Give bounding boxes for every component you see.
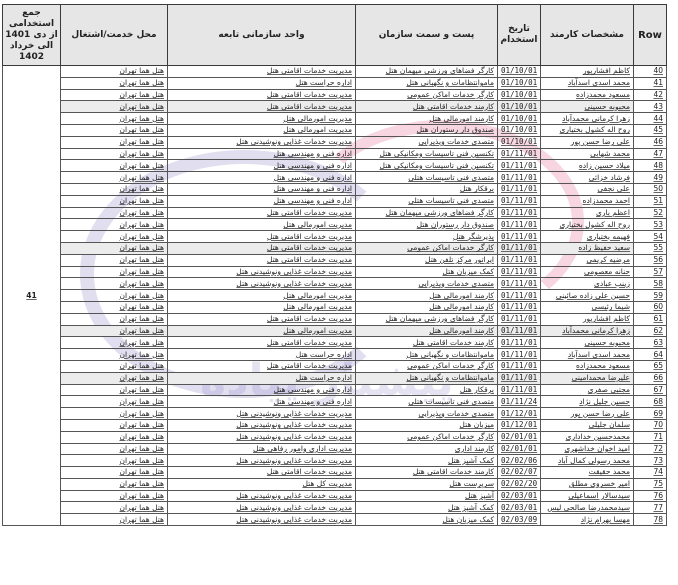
- header-row-number: Row: [634, 5, 667, 66]
- cell-row-number: 42: [634, 89, 667, 101]
- cell-position: ماموانتظامات و نگهبانی هتل: [356, 77, 498, 89]
- cell-position: متصدی خدمات وپذیرایی: [356, 278, 498, 290]
- cell-position: ماموانتظامات و نگهبانی هتل: [356, 372, 498, 384]
- cell-location: هتل هما تهران: [61, 172, 168, 184]
- cell-employee-name: مسعود محمدزاده: [541, 360, 634, 372]
- table-body: 41هتل هما تهرانمدیریت خدمات اقامتی هتلکا…: [3, 66, 667, 526]
- table-row: هتل هما تهرانمدیریت خدمات اقامتی هتلکارگ…: [3, 89, 667, 101]
- cell-position: متصدی فنی تاسیسات هتلی: [356, 396, 498, 408]
- cell-employee-name: محمد اسدی اسدآباد: [541, 349, 634, 361]
- cell-location: هتل هما تهران: [61, 77, 168, 89]
- cell-location: هتل هما تهران: [61, 231, 168, 243]
- table-row: هتل هما تهراناداره حراست هتلماموانتظامات…: [3, 77, 667, 89]
- cell-org-unit: مدیریت امورمالی هتل: [168, 301, 356, 313]
- table-row: هتل هما تهرانمدیریت امورمالی هتلکارمند ا…: [3, 301, 667, 313]
- cell-row-number: 58: [634, 278, 667, 290]
- cell-hire-date: 01/11/01: [498, 183, 541, 195]
- cell-position: تکنسین فنی تاسیسات ومکانیکی هتل: [356, 148, 498, 160]
- cell-hire-date: 01/11/01: [498, 301, 541, 313]
- cell-hire-date: 01/11/01: [498, 207, 541, 219]
- cell-row-number: 49: [634, 172, 667, 184]
- cell-org-unit: مدیریت امورمالی هتل: [168, 325, 356, 337]
- cell-hire-date: 01/10/01: [498, 89, 541, 101]
- cell-org-unit: مدیریت خدمات غذایی ونوشیدنی هتل: [168, 514, 356, 526]
- cell-employee-name: سیدسالار اسماعیلی: [541, 490, 634, 502]
- table-row: هتل هما تهرانمدیریت خدمات اقامتی هتلکارگ…: [3, 242, 667, 254]
- table-row: هتل هما تهرانمدیریت خدمات غذایی ونوشیدنی…: [3, 514, 667, 526]
- cell-location: هتل هما تهران: [61, 514, 168, 526]
- table-row: هتل هما تهرانمدیریت خدمات غذایی ونوشیدنی…: [3, 136, 667, 148]
- cell-position: کارمند خدمات اقامتی هتل: [356, 467, 498, 479]
- cell-hire-date: 01/11/01: [498, 254, 541, 266]
- table-row: هتل هما تهرانمدیریت خدمات غذایی ونوشیدنی…: [3, 278, 667, 290]
- table-row: هتل هما تهرانمدیریت خدمات اقامتی هتلاپرا…: [3, 254, 667, 266]
- cell-position: کارگر خدمات اماکن عمومی: [356, 89, 498, 101]
- cell-row-number: 45: [634, 124, 667, 136]
- cell-hire-date: 01/12/01: [498, 408, 541, 420]
- cell-employee-name: کاظم افشارپور: [541, 313, 634, 325]
- cell-position: کارمند خدمات اقامتی هتل: [356, 101, 498, 113]
- table-row: هتل هما تهراناداره فنی و مهندسی هتلمتصدی…: [3, 396, 667, 408]
- cell-org-unit: اداره فنی و مهندسی هتل: [168, 384, 356, 396]
- table-row: هتل هما تهرانمدیریت خدمات غذایی ونوشیدنی…: [3, 431, 667, 443]
- cell-employee-name: علیرضا محمدامینی: [541, 372, 634, 384]
- table-row: هتل هما تهرانمدیریت خدمات اقامتی هتلکارگ…: [3, 360, 667, 372]
- cell-org-unit: مدیریت خدمات غذایی ونوشیدنی هتل: [168, 278, 356, 290]
- cell-location: هتل هما تهران: [61, 207, 168, 219]
- cell-position: کمک آشپز هتل: [356, 502, 498, 514]
- cell-org-unit: مدیریت خدمات غذایی ونوشیدنی هتل: [168, 455, 356, 467]
- cell-org-unit: اداره فنی و مهندسی هتل: [168, 195, 356, 207]
- cell-row-number: 71: [634, 431, 667, 443]
- table-row: هتل هما تهرانمدیریت خدمات اقامتی هتلکارگ…: [3, 313, 667, 325]
- cell-hire-date: 02/01/01: [498, 431, 541, 443]
- cell-hire-date: 02/03/01: [498, 490, 541, 502]
- cell-row-number: 70: [634, 419, 667, 431]
- cell-hire-date: 01/10/01: [498, 101, 541, 113]
- header-employee: مشخصات کارمند: [541, 5, 634, 66]
- cell-hire-date: 01/10/01: [498, 136, 541, 148]
- cell-employee-name: حسین جلیل نژاد: [541, 396, 634, 408]
- cell-employee-name: فرشاد خزائی: [541, 172, 634, 184]
- cell-position: کارمند اداری: [356, 443, 498, 455]
- cell-position: صندوق دار رستوران هتل: [356, 124, 498, 136]
- cell-location: هتل هما تهران: [61, 160, 168, 172]
- cell-location: هتل هما تهران: [61, 278, 168, 290]
- cell-hire-date: 01/11/01: [498, 290, 541, 302]
- cell-org-unit: مدیریت کل هتل: [168, 478, 356, 490]
- table-row: هتل هما تهرانمدیریت اداری وامور رفاهی هت…: [3, 443, 667, 455]
- table-row: هتل هما تهرانمدیریت امورمالی هتلکارمند ا…: [3, 290, 667, 302]
- cell-position: برقکار هتل: [356, 183, 498, 195]
- cell-position: اپراتور مرکز تلفن هتل: [356, 254, 498, 266]
- cell-position: تکنسین فنی تاسیسات ومکانیکی هتل: [356, 160, 498, 172]
- cell-org-unit: مدیریت خدمات اقامتی هتل: [168, 313, 356, 325]
- table-row: هتل هما تهرانمدیریت خدمات اقامتی هتلکارم…: [3, 337, 667, 349]
- table-row: هتل هما تهرانمدیریت خدمات اقامتی هتلکارم…: [3, 101, 667, 113]
- table-row: هتل هما تهرانمدیریت خدمات اقامتی هتلکارگ…: [3, 207, 667, 219]
- cell-position: کارگر فضاهای ورزشی میهمان هتل: [356, 207, 498, 219]
- cell-row-number: 75: [634, 478, 667, 490]
- cell-org-unit: اداره فنی و مهندسی هتل: [168, 183, 356, 195]
- cell-location: هتل هما تهران: [61, 219, 168, 231]
- cell-org-unit: مدیریت خدمات اقامتی هتل: [168, 337, 356, 349]
- cell-employee-name: زهرا کرمانی محمدآباد: [541, 113, 634, 125]
- cell-hire-date: 01/11/01: [498, 278, 541, 290]
- cell-row-number: 50: [634, 183, 667, 195]
- cell-org-unit: مدیریت خدمات اقامتی هتل: [168, 66, 356, 78]
- cell-position: متصدی خدمات وپذیرایی: [356, 136, 498, 148]
- cell-position: صندوق دار رستوران هتل: [356, 219, 498, 231]
- cell-location: هتل هما تهران: [61, 266, 168, 278]
- cell-row-number: 66: [634, 372, 667, 384]
- cell-location: هتل هما تهران: [61, 242, 168, 254]
- cell-location: هتل هما تهران: [61, 372, 168, 384]
- cell-position: کارمند امورمالی هتل: [356, 325, 498, 337]
- cell-org-unit: مدیریت خدمات غذایی ونوشیدنی هتل: [168, 266, 356, 278]
- header-total: جمع استخدامی از دی 1401 الی خرداد 1402: [3, 5, 61, 66]
- cell-location: هتل هما تهران: [61, 195, 168, 207]
- table-row: هتل هما تهرانمدیریت امورمالی هتلکارمند ا…: [3, 325, 667, 337]
- table-row: هتل هما تهرانمدیریت خدمات غذایی ونوشیدنی…: [3, 408, 667, 420]
- cell-row-number: 60: [634, 301, 667, 313]
- cell-employee-name: مسعود محمدزاده: [541, 89, 634, 101]
- cell-employee-name: محمد اسدی اسدآباد: [541, 77, 634, 89]
- cell-location: هتل هما تهران: [61, 443, 168, 455]
- cell-position: ماموانتظامات و نگهبانی هتل: [356, 349, 498, 361]
- cell-employee-name: محبوبه حسینی: [541, 337, 634, 349]
- cell-hire-date: 02/03/01: [498, 502, 541, 514]
- cell-org-unit: مدیریت خدمات اقامتی هتل: [168, 89, 356, 101]
- cell-employee-name: زینب عبادی: [541, 278, 634, 290]
- cell-org-unit: مدیریت خدمات غذایی ونوشیدنی هتل: [168, 490, 356, 502]
- cell-position: آشپز هتل: [356, 490, 498, 502]
- table-row: هتل هما تهراناداره فنی و مهندسی هتلمتصدی…: [3, 195, 667, 207]
- cell-position: کارمند امورمالی هتل: [356, 113, 498, 125]
- table-row: 41هتل هما تهرانمدیریت خدمات اقامتی هتلکا…: [3, 66, 667, 78]
- cell-employee-name: محمدحسین خداداری: [541, 431, 634, 443]
- cell-position: کمک میزبان هتل: [356, 514, 498, 526]
- cell-org-unit: مدیریت خدمات غذایی ونوشیدنی هتل: [168, 419, 356, 431]
- cell-location: هتل هما تهران: [61, 396, 168, 408]
- header-row: جمع استخدامی از دی 1401 الی خرداد 1402 م…: [3, 5, 667, 66]
- cell-location: هتل هما تهران: [61, 136, 168, 148]
- table-row: هتل هما تهرانمدیریت خدمات غذایی ونوشیدنی…: [3, 455, 667, 467]
- cell-hire-date: 01/11/01: [498, 360, 541, 372]
- cell-row-number: 55: [634, 242, 667, 254]
- cell-employee-name: اعظم باری: [541, 207, 634, 219]
- cell-row-number: 41: [634, 77, 667, 89]
- cell-position: متصدی فنی تاسیسات هتلی: [356, 195, 498, 207]
- cell-hire-date: 01/11/01: [498, 160, 541, 172]
- cell-location: هتل هما تهران: [61, 360, 168, 372]
- cell-position: کارگر فضاهای ورزشی میهمان هتل: [356, 313, 498, 325]
- table-row: هتل هما تهرانمدیریت کل هتلسرپرست هتل02/0…: [3, 478, 667, 490]
- cell-employee-name: محمد شهابی: [541, 148, 634, 160]
- cell-employee-name: علی رضا حسن پور: [541, 408, 634, 420]
- cell-location: هتل هما تهران: [61, 408, 168, 420]
- cell-location: هتل هما تهران: [61, 455, 168, 467]
- cell-location: هتل هما تهران: [61, 478, 168, 490]
- cell-employee-name: روح اله کشول بختیاری: [541, 219, 634, 231]
- cell-row-number: 43: [634, 101, 667, 113]
- table-row: هتل هما تهراناداره فنی و مهندسی هتلتکنسی…: [3, 160, 667, 172]
- table-row: هتل هما تهراناداره فنی و مهندسی هتلبرقکا…: [3, 183, 667, 195]
- cell-location: هتل هما تهران: [61, 419, 168, 431]
- cell-location: هتل هما تهران: [61, 313, 168, 325]
- cell-row-number: 52: [634, 207, 667, 219]
- cell-employee-name: فهیمه بختیاری: [541, 231, 634, 243]
- cell-location: هتل هما تهران: [61, 325, 168, 337]
- cell-org-unit: مدیریت امورمالی هتل: [168, 113, 356, 125]
- cell-org-unit: اداره حراست هتل: [168, 372, 356, 384]
- cell-row-number: 57: [634, 266, 667, 278]
- cell-employee-name: سیدمحمدرضا صالحی لیس: [541, 502, 634, 514]
- cell-employee-name: میلاد حسین زاده: [541, 160, 634, 172]
- cell-position: سرپرست هتل: [356, 478, 498, 490]
- cell-row-number: 76: [634, 490, 667, 502]
- cell-org-unit: مدیریت خدمات اقامتی هتل: [168, 467, 356, 479]
- cell-hire-date: 01/11/01: [498, 384, 541, 396]
- table-row: هتل هما تهرانمدیریت خدمات غذایی ونوشیدنی…: [3, 419, 667, 431]
- cell-row-number: 69: [634, 408, 667, 420]
- cell-row-number: 59: [634, 290, 667, 302]
- cell-org-unit: مدیریت خدمات اقامتی هتل: [168, 254, 356, 266]
- cell-row-number: 48: [634, 160, 667, 172]
- cell-row-number: 67: [634, 384, 667, 396]
- cell-position: میزبان هتل: [356, 419, 498, 431]
- cell-org-unit: مدیریت خدمات غذایی ونوشیدنی هتل: [168, 502, 356, 514]
- cell-position: کمک میزبان هتل: [356, 266, 498, 278]
- cell-row-number: 65: [634, 360, 667, 372]
- cell-org-unit: مدیریت خدمات اقامتی هتل: [168, 101, 356, 113]
- cell-location: هتل هما تهران: [61, 183, 168, 195]
- hiring-table: جمع استخدامی از دی 1401 الی خرداد 1402 م…: [2, 4, 667, 526]
- cell-row-number: 47: [634, 148, 667, 160]
- cell-hire-date: 02/03/09: [498, 514, 541, 526]
- cell-position: کارگر فضاهای ورزشی میهمان هتل: [356, 66, 498, 78]
- cell-hire-date: 01/10/01: [498, 77, 541, 89]
- cell-org-unit: مدیریت امورمالی هتل: [168, 124, 356, 136]
- cell-hire-date: 01/10/01: [498, 124, 541, 136]
- table-row: هتل هما تهرانمدیریت امورمالی هتلصندوق دا…: [3, 124, 667, 136]
- table-row: هتل هما تهرانمدیریت خدمات اقامتی هتلکارم…: [3, 467, 667, 479]
- cell-org-unit: مدیریت خدمات اقامتی هتل: [168, 360, 356, 372]
- cell-row-number: 77: [634, 502, 667, 514]
- cell-hire-date: 01/12/01: [498, 419, 541, 431]
- cell-location: هتل هما تهران: [61, 490, 168, 502]
- header-location: محل خدمت/اشتغال: [61, 5, 168, 66]
- cell-row-number: 53: [634, 219, 667, 231]
- cell-location: هتل هما تهران: [61, 66, 168, 78]
- table-row: هتل هما تهراناداره فنی و مهندسی هتلتکنسی…: [3, 148, 667, 160]
- cell-org-unit: اداره حراست هتل: [168, 77, 356, 89]
- cell-hire-date: 02/02/20: [498, 478, 541, 490]
- cell-org-unit: مدیریت خدمات غذایی ونوشیدنی هتل: [168, 136, 356, 148]
- cell-hire-date: 01/11/24: [498, 396, 541, 408]
- cell-location: هتل هما تهران: [61, 290, 168, 302]
- cell-employee-name: محمد رسولی کمال آباد: [541, 455, 634, 467]
- cell-org-unit: مدیریت خدمات اقامتی هتل: [168, 231, 356, 243]
- cell-hire-date: 01/11/01: [498, 337, 541, 349]
- cell-employee-name: احمد محمدزاده: [541, 195, 634, 207]
- cell-row-number: 72: [634, 443, 667, 455]
- cell-position: کارگر خدمات اماکن عمومی: [356, 242, 498, 254]
- cell-hire-date: 01/11/01: [498, 349, 541, 361]
- cell-position: کمک آشپز هتل: [356, 455, 498, 467]
- cell-employee-name: حنانه معصومی: [541, 266, 634, 278]
- cell-location: هتل هما تهران: [61, 384, 168, 396]
- cell-employee-name: مجتبی صفری: [541, 384, 634, 396]
- cell-employee-name: امید اخوان خداشهری: [541, 443, 634, 455]
- cell-hire-date: 01/10/01: [498, 113, 541, 125]
- cell-row-number: 54: [634, 231, 667, 243]
- cell-hire-date: 01/11/01: [498, 219, 541, 231]
- cell-location: هتل هما تهران: [61, 502, 168, 514]
- header-hire-date: تاریخ استخدام: [498, 5, 541, 66]
- cell-employee-name: مهسا بهرام نژاد: [541, 514, 634, 526]
- cell-row-number: 63: [634, 337, 667, 349]
- cell-hire-date: 01/11/01: [498, 148, 541, 160]
- cell-employee-name: روح اله کشول بختیاری: [541, 124, 634, 136]
- table-row: هتل هما تهرانمدیریت امورمالی هتلکارمند ا…: [3, 113, 667, 125]
- cell-hire-date: 02/01/01: [498, 443, 541, 455]
- cell-hire-date: 01/11/01: [498, 266, 541, 278]
- cell-row-number: 44: [634, 113, 667, 125]
- cell-location: هتل هما تهران: [61, 431, 168, 443]
- table-row: هتل هما تهراناداره حراست هتلماموانتظامات…: [3, 372, 667, 384]
- cell-employee-name: سلمان جلیلی: [541, 419, 634, 431]
- cell-row-number: 73: [634, 455, 667, 467]
- cell-hire-date: 01/11/01: [498, 231, 541, 243]
- cell-employee-name: محمد حقیقت: [541, 467, 634, 479]
- cell-employee-name: علی رضا حسن پور: [541, 136, 634, 148]
- cell-location: هتل هما تهران: [61, 349, 168, 361]
- cell-hire-date: 01/11/01: [498, 325, 541, 337]
- header-position: پست و سمت سازمان: [356, 5, 498, 66]
- table-row: هتل هما تهرانمدیریت خدمات غذایی ونوشیدنی…: [3, 266, 667, 278]
- cell-position: متصدی فنی تاسیسات هتلی: [356, 172, 498, 184]
- cell-row-number: 64: [634, 349, 667, 361]
- cell-employee-name: محبوبه حسینی: [541, 101, 634, 113]
- cell-org-unit: اداره فنی و مهندسی هتل: [168, 172, 356, 184]
- cell-hire-date: 01/11/01: [498, 372, 541, 384]
- cell-employee-name: شیما رئیسی: [541, 301, 634, 313]
- cell-row-number: 74: [634, 467, 667, 479]
- cell-org-unit: مدیریت خدمات غذایی ونوشیدنی هتل: [168, 431, 356, 443]
- cell-position: کارگر خدمات اماکن عمومی: [356, 360, 498, 372]
- hiring-table-sheet: جمع استخدامی از دی 1401 الی خرداد 1402 م…: [2, 4, 666, 526]
- table-row: هتل هما تهراناداره فنی و مهندسی هتلمتصدی…: [3, 172, 667, 184]
- table-row: هتل هما تهرانمدیریت خدمات اقامتی هتلپذیر…: [3, 231, 667, 243]
- cell-position: کارمند امورمالی هتل: [356, 301, 498, 313]
- cell-org-unit: مدیریت خدمات اقامتی هتل: [168, 207, 356, 219]
- cell-org-unit: مدیریت خدمات غذایی ونوشیدنی هتل: [168, 408, 356, 420]
- cell-employee-name: سعید حفیظ زاده: [541, 242, 634, 254]
- cell-hire-date: 01/11/01: [498, 242, 541, 254]
- cell-hire-date: 01/11/01: [498, 172, 541, 184]
- cell-location: هتل هما تهران: [61, 148, 168, 160]
- cell-location: هتل هما تهران: [61, 301, 168, 313]
- cell-employee-name: علی نجفی: [541, 183, 634, 195]
- cell-location: هتل هما تهران: [61, 124, 168, 136]
- cell-org-unit: اداره فنی و مهندسی هتل: [168, 160, 356, 172]
- cell-org-unit: اداره فنی و مهندسی هتل: [168, 396, 356, 408]
- cell-employee-name: امیر خسروی مطلق: [541, 478, 634, 490]
- header-org-unit: واحد سازمانی تابعه: [168, 5, 356, 66]
- table-row: هتل هما تهراناداره فنی و مهندسی هتلبرقکا…: [3, 384, 667, 396]
- table-row: هتل هما تهرانمدیریت امورمالی هتلصندوق دا…: [3, 219, 667, 231]
- cell-position: کارگر خدمات اماکن عمومی: [356, 431, 498, 443]
- cell-org-unit: مدیریت امورمالی هتل: [168, 290, 356, 302]
- total-hired-count: 41: [3, 66, 61, 526]
- cell-row-number: 68: [634, 396, 667, 408]
- table-row: هتل هما تهراناداره حراست هتلماموانتظامات…: [3, 349, 667, 361]
- cell-hire-date: 01/10/01: [498, 66, 541, 78]
- cell-hire-date: 02/02/06: [498, 455, 541, 467]
- cell-hire-date: 01/11/01: [498, 195, 541, 207]
- cell-org-unit: اداره فنی و مهندسی هتل: [168, 148, 356, 160]
- cell-position: پذیرشگر هتل: [356, 231, 498, 243]
- table-row: هتل هما تهرانمدیریت خدمات غذایی ونوشیدنی…: [3, 502, 667, 514]
- cell-location: هتل هما تهران: [61, 467, 168, 479]
- cell-position: کارمند خدمات اقامتی هتل: [356, 337, 498, 349]
- cell-row-number: 51: [634, 195, 667, 207]
- cell-row-number: 61: [634, 313, 667, 325]
- cell-location: هتل هما تهران: [61, 254, 168, 266]
- cell-employee-name: کاظم افشارپور: [541, 66, 634, 78]
- cell-row-number: 56: [634, 254, 667, 266]
- cell-employee-name: حسین علی زاده صائینی: [541, 290, 634, 302]
- cell-row-number: 78: [634, 514, 667, 526]
- cell-position: متصدی خدمات وپذیرایی: [356, 408, 498, 420]
- cell-row-number: 46: [634, 136, 667, 148]
- cell-position: برقکار هتل: [356, 384, 498, 396]
- cell-hire-date: 01/11/01: [498, 313, 541, 325]
- cell-org-unit: اداره حراست هتل: [168, 349, 356, 361]
- cell-hire-date: 02/02/07: [498, 467, 541, 479]
- cell-org-unit: مدیریت امورمالی هتل: [168, 219, 356, 231]
- cell-location: هتل هما تهران: [61, 337, 168, 349]
- cell-location: هتل هما تهران: [61, 89, 168, 101]
- cell-employee-name: مرضیه کریمی: [541, 254, 634, 266]
- cell-row-number: 40: [634, 66, 667, 78]
- table-row: هتل هما تهرانمدیریت خدمات غذایی ونوشیدنی…: [3, 490, 667, 502]
- cell-employee-name: زهرا کرمانی محمدآباد: [541, 325, 634, 337]
- cell-position: کارمند امورمالی هتل: [356, 290, 498, 302]
- cell-row-number: 62: [634, 325, 667, 337]
- cell-org-unit: مدیریت اداری وامور رفاهی هتل: [168, 443, 356, 455]
- cell-org-unit: مدیریت خدمات اقامتی هتل: [168, 242, 356, 254]
- cell-location: هتل هما تهران: [61, 113, 168, 125]
- cell-location: هتل هما تهران: [61, 101, 168, 113]
